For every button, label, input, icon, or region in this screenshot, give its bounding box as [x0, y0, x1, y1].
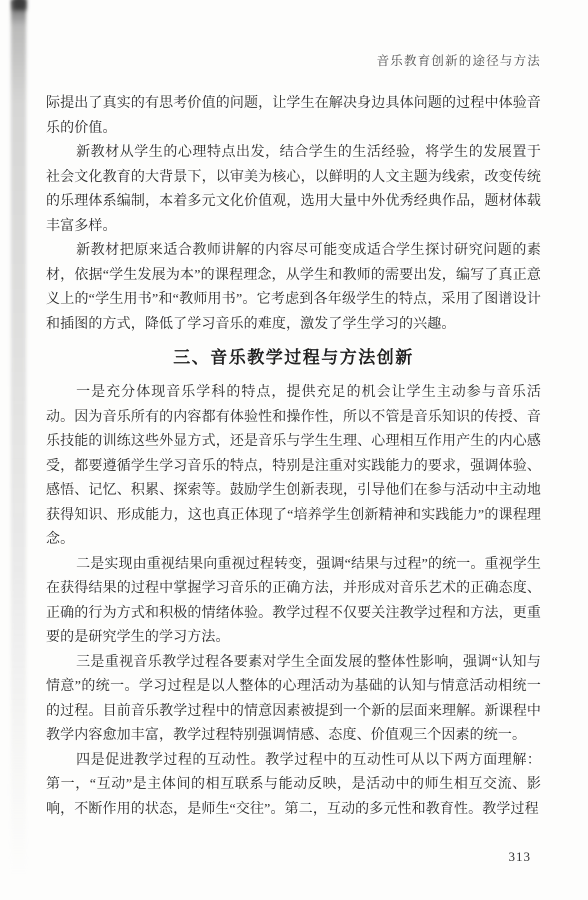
binding-shadow-top — [13, 0, 26, 10]
paragraph: 新教材从学生的心理特点出发，结合学生的生活经验，将学生的发展置于社会文化教育的大… — [46, 141, 541, 239]
paragraph: 二是实现由重视结果向重视过程转变，强调“结果与过程”的统一。重视学生在获得结果的… — [46, 553, 541, 651]
page-number: 313 — [509, 849, 532, 865]
paragraph: 三是重视音乐教学过程各要素对学生全面发展的整体性影响，强调“认知与情意”的统一。… — [46, 651, 541, 749]
paragraph: 新教材把原来适合教师讲解的内容尽可能变成适合学生探讨研究问题的素材，依据“学生发… — [46, 239, 541, 337]
page-content: 际提出了真实的有思考价值的问题，让学生在解决身边具体问题的过程中体验音乐的价值。… — [46, 92, 541, 822]
paragraph-continuation: 际提出了真实的有思考价值的问题，让学生在解决身边具体问题的过程中体验音乐的价值。 — [46, 92, 541, 141]
book-page: 音乐教育创新的途径与方法 际提出了真实的有思考价值的问题，让学生在解决身边具体问… — [0, 0, 588, 900]
section-heading: 三、音乐教学过程与方法创新 — [46, 347, 541, 369]
paragraph: 四是促进教学过程的互动性。教学过程中的互动性可从以下两方面理解：第一，“互动”是… — [46, 749, 541, 823]
running-title: 音乐教育创新的途径与方法 — [377, 51, 541, 69]
paragraph: 一是充分体现音乐学科的特点，提供充足的机会让学生主动参与音乐活动。因为音乐所有的… — [46, 381, 541, 553]
binding-shadow — [11, 0, 26, 875]
